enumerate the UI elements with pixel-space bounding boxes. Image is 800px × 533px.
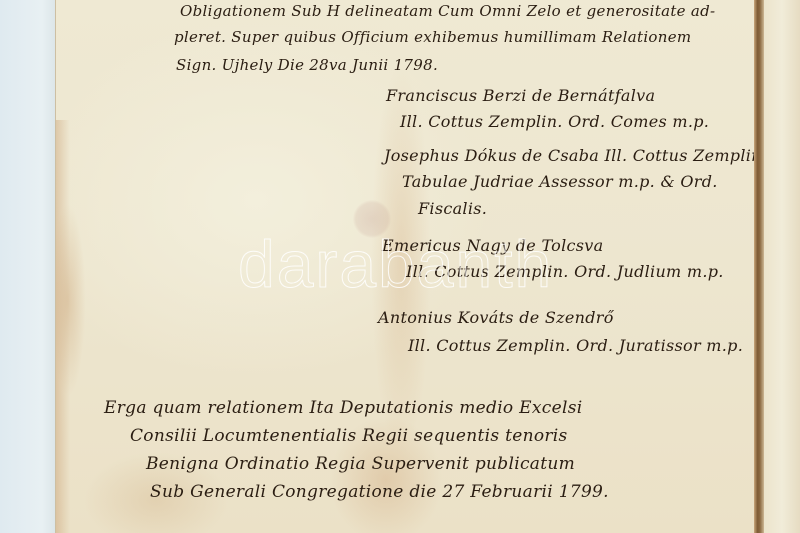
signature-2-title: Tabulae Judriae Assessor m.p. & Ord.	[402, 172, 718, 191]
top-paragraph-line-3: Sign. Ujhely Die 28va Junii 1798.	[176, 56, 438, 74]
top-paragraph-line-1: Obligationem Sub H delineatam Cum Omni Z…	[180, 2, 715, 20]
signature-1-title: Ill. Cottus Zemplin. Ord. Comes m.p.	[400, 112, 709, 131]
signature-2-title-cont: Fiscalis.	[418, 199, 487, 218]
bottom-paragraph-line-4: Sub Generali Congregatione die 27 Februa…	[150, 482, 609, 502]
signature-4-name: Antonius Kováts de Szendrő	[378, 308, 614, 327]
watermark: darabanth	[238, 226, 553, 302]
signature-1-name: Franciscus Berzi de Bernátfalva	[386, 86, 655, 105]
edge-stain	[56, 120, 70, 533]
facing-page-edge	[764, 0, 800, 533]
bottom-paragraph-line-1: Erga quam relationem Ita Deputationis me…	[104, 398, 582, 418]
page-fold	[754, 0, 764, 533]
signature-4-title: Ill. Cottus Zemplin. Ord. Juratissor m.p…	[408, 336, 743, 355]
bottom-paragraph-line-3: Benigna Ordinatio Regia Supervenit publi…	[146, 454, 575, 474]
signature-2-name: Josephus Dókus de Csaba Ill. Cottus Zemp…	[384, 146, 767, 165]
bottom-paragraph-line-2: Consilii Locumtenentialis Regii sequenti…	[130, 426, 568, 446]
backdrop	[0, 0, 60, 533]
top-paragraph-line-2: pleret. Super quibus Officium exhibemus …	[174, 28, 691, 46]
